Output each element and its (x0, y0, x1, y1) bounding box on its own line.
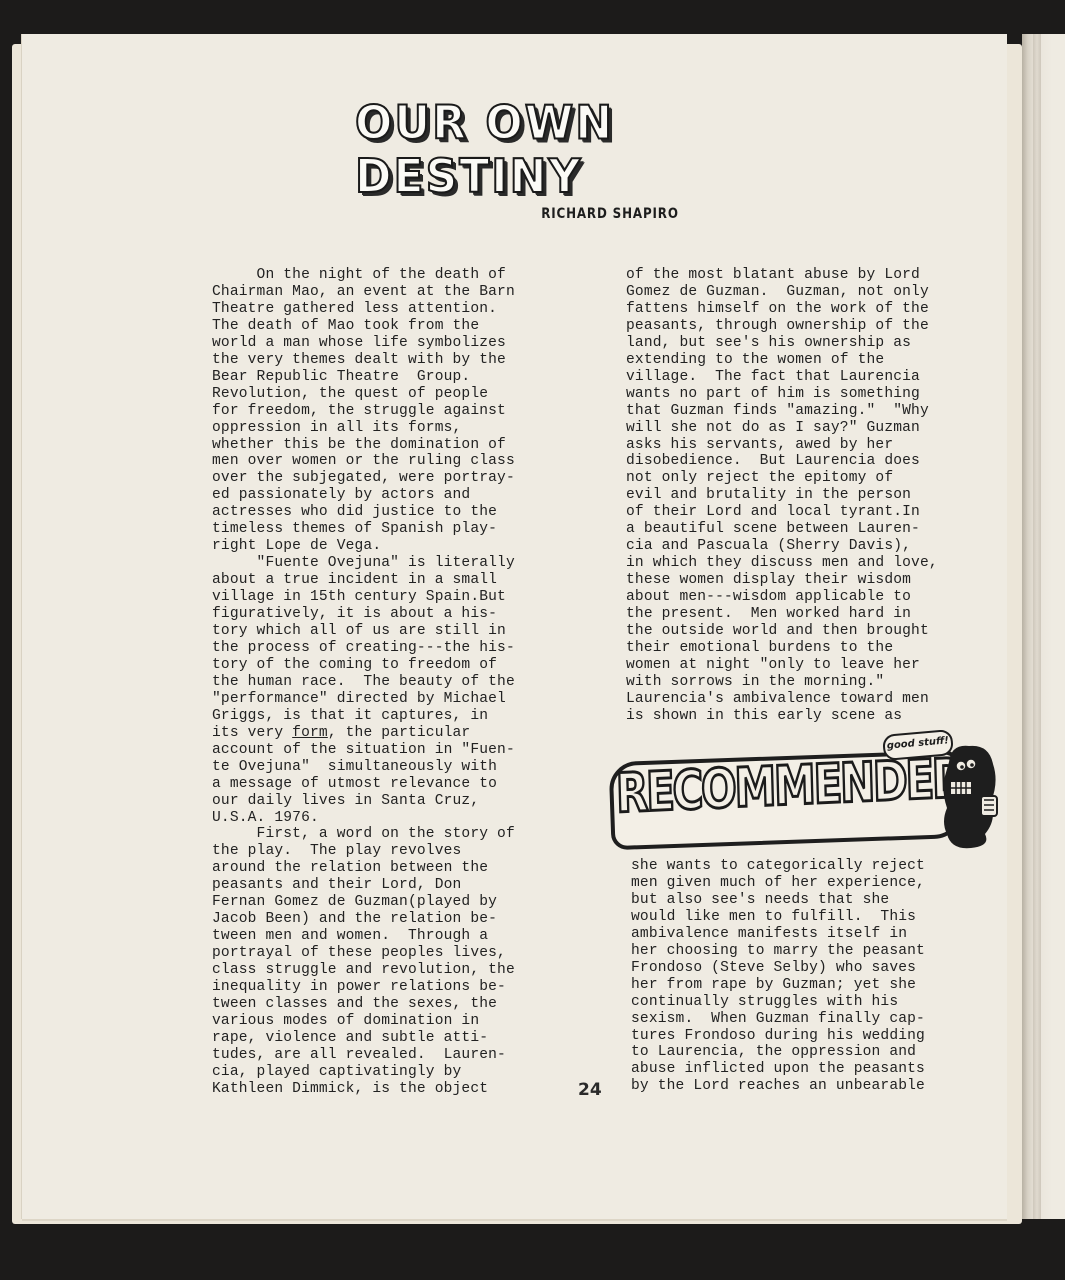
recommended-banner-text: RECOMMENDED (615, 742, 886, 834)
text-line: cia, played captivatingly by (212, 1064, 515, 1081)
text-line: oppression in all its forms, (212, 420, 515, 437)
text-line: fattens himself on the work of the (626, 301, 938, 318)
text-line: a message of utmost relevance to (212, 776, 515, 793)
text-line: would like men to fulfill. This (631, 909, 925, 926)
text-line: portrayal of these peoples lives, (212, 945, 515, 962)
text-line: extending to the women of the (626, 352, 938, 369)
text-line: the human race. The beauty of the (212, 674, 515, 691)
text-line: peasants, through ownership of the (626, 318, 938, 335)
cartoon-character-icon (941, 742, 1001, 852)
text-line: tween men and women. Through a (212, 928, 515, 945)
text-line: not only reject the epitomy of (626, 470, 938, 487)
right-column-top-text: of the most blatant abuse by LordGomez d… (626, 267, 938, 725)
text-line: inequality in power relations be- (212, 979, 515, 996)
text-line: U.S.A. 1976. (212, 810, 515, 827)
page-fold (1033, 34, 1041, 1219)
text-line: that Guzman finds "amazing." "Why (626, 403, 938, 420)
text-line: Revolution, the quest of people (212, 386, 515, 403)
text-line: continually struggles with his (631, 994, 925, 1011)
text-line: Gomez de Guzman. Guzman, not only (626, 284, 938, 301)
text-line: our daily lives in Santa Cruz, (212, 793, 515, 810)
text-line: figuratively, it is about a his- (212, 606, 515, 623)
text-line: but also see's needs that she (631, 892, 925, 909)
text-line: their emotional burdens to the (626, 640, 938, 657)
text-line: te Ovejuna" simultaneously with (212, 759, 515, 776)
recommended-illustration: RECOMMENDED good stuff! (606, 730, 996, 855)
text-line: class struggle and revolution, the (212, 962, 515, 979)
text-line: various modes of domination in (212, 1013, 515, 1030)
text-line: disobedience. But Laurencia does (626, 453, 938, 470)
text-line: she wants to categorically reject (631, 858, 925, 875)
text-line: its very form, the particular (212, 725, 515, 742)
text-line: about a true incident in a small (212, 572, 515, 589)
text-line: sexism. When Guzman finally cap- (631, 1011, 925, 1028)
text-line: over the subjegated, were portray- (212, 470, 515, 487)
text-line: with sorrows in the morning." (626, 674, 938, 691)
text-line: wants no part of him is something (626, 386, 938, 403)
text-line: right Lope de Vega. (212, 538, 515, 555)
text-line: asks his servants, awed by her (626, 437, 938, 454)
text-line: the present. Men worked hard in (626, 606, 938, 623)
text-line: actresses who did justice to the (212, 504, 515, 521)
text-line: Chairman Mao, an event at the Barn (212, 284, 515, 301)
text-line: world a man whose life symbolizes (212, 335, 515, 352)
text-line: village in 15th century Spain.But (212, 589, 515, 606)
text-line: is shown in this early scene as (626, 708, 938, 725)
text-line: peasants and their Lord, Don (212, 877, 515, 894)
text-line: her from rape by Guzman; yet she (631, 977, 925, 994)
text-line: Fernan Gomez de Guzman(played by (212, 894, 515, 911)
text-line: these women display their wisdom (626, 572, 938, 589)
text-line: Kathleen Dimmick, is the object (212, 1081, 515, 1098)
text-line: for freedom, the struggle against (212, 403, 515, 420)
text-line: timeless themes of Spanish play- (212, 521, 515, 538)
text-line: Frondoso (Steve Selby) who saves (631, 960, 925, 977)
text-line: account of the situation in "Fuen- (212, 742, 515, 759)
text-line: "Fuente Ovejuna" is literally (212, 555, 515, 572)
article-title: OUR OWN DESTINY (355, 125, 845, 175)
text-line: tween classes and the sexes, the (212, 996, 515, 1013)
page-number: 24 (578, 1080, 602, 1100)
text-line: a beautiful scene between Lauren- (626, 521, 938, 538)
text-line: First, a word on the story of (212, 826, 515, 843)
text-line: in which they discuss men and love, (626, 555, 938, 572)
text-line: "performance" directed by Michael (212, 691, 515, 708)
text-line: women at night "only to leave her (626, 657, 938, 674)
text-line: On the night of the death of (212, 267, 515, 284)
text-line: the very themes dealt with by the (212, 352, 515, 369)
text-line: men over women or the ruling class (212, 453, 515, 470)
text-line: tory of the coming to freedom of (212, 657, 515, 674)
text-line: the play. The play revolves (212, 843, 515, 860)
text-line: men given much of her experience, (631, 875, 925, 892)
text-line: cia and Pascuala (Sherry Davis), (626, 538, 938, 555)
text-line: of the most blatant abuse by Lord (626, 267, 938, 284)
text-line: tures Frondoso during his wedding (631, 1028, 925, 1045)
text-line: Jacob Been) and the relation be- (212, 911, 515, 928)
left-column-text: On the night of the death ofChairman Mao… (212, 267, 515, 1098)
text-line: to Laurencia, the oppression and (631, 1044, 925, 1061)
text-line: about men---wisdom applicable to (626, 589, 938, 606)
text-line: village. The fact that Laurencia (626, 369, 938, 386)
text-line: rape, violence and subtle atti- (212, 1030, 515, 1047)
text-line: land, but see's his ownership as (626, 335, 938, 352)
text-line: evil and brutality in the person (626, 487, 938, 504)
text-line: tory which all of us are still in (212, 623, 515, 640)
text-line: ambivalence manifests itself in (631, 926, 925, 943)
text-line: Laurencia's ambivalence toward men (626, 691, 938, 708)
facing-page-edge (1022, 34, 1065, 1219)
text-line: her choosing to marry the peasant (631, 943, 925, 960)
text-line: Bear Republic Theatre Group. (212, 369, 515, 386)
text-line: the process of creating---the his- (212, 640, 515, 657)
text-line: Theatre gathered less attention. (212, 301, 515, 318)
text-line: by the Lord reaches an unbearable (631, 1078, 925, 1095)
text-line: ed passionately by actors and (212, 487, 515, 504)
text-line: tudes, are all revealed. Lauren- (212, 1047, 515, 1064)
text-line: around the relation between the (212, 860, 515, 877)
text-line: whether this be the domination of (212, 437, 515, 454)
text-line: the outside world and then brought (626, 623, 938, 640)
text-line: of their Lord and local tyrant.In (626, 504, 938, 521)
text-line: will she not do as I say?" Guzman (626, 420, 938, 437)
text-line: abuse inflicted upon the peasants (631, 1061, 925, 1078)
text-line: Griggs, is that it captures, in (212, 708, 515, 725)
author-byline: RICHARD SHAPIRO (483, 206, 738, 222)
right-column-bottom-text: she wants to categorically rejectmen giv… (631, 858, 925, 1095)
text-line: The death of Mao took from the (212, 318, 515, 335)
